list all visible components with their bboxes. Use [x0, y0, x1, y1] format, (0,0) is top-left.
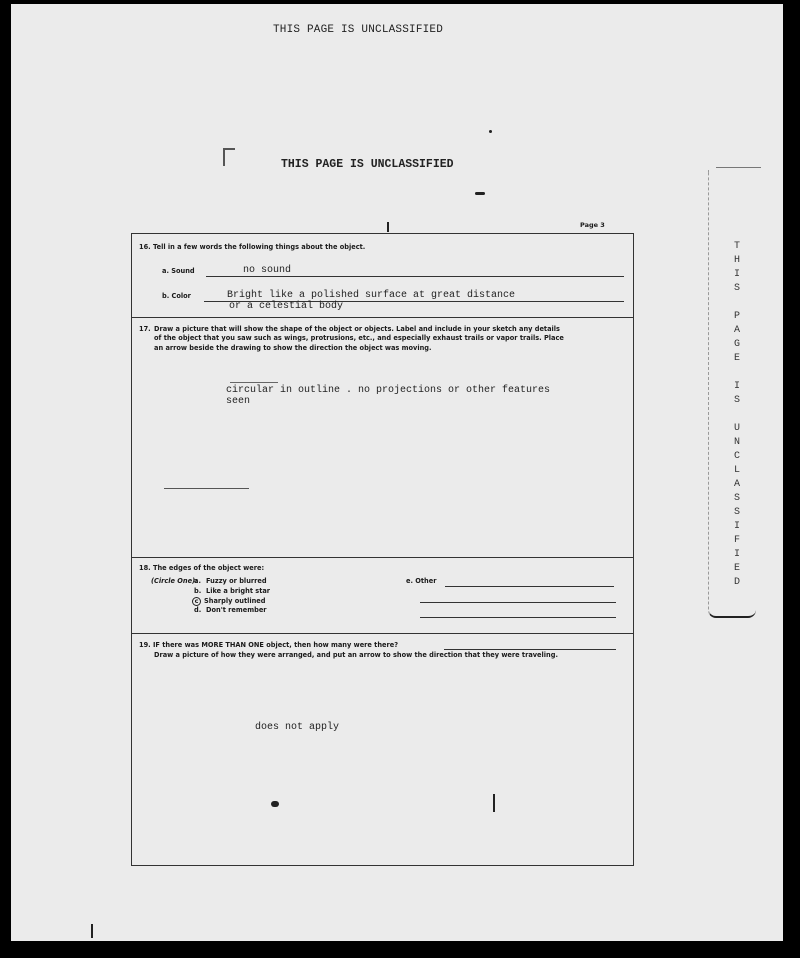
q18-other-line-2[interactable] [420, 602, 616, 603]
q16-prompt: 16. Tell in a few words the following th… [139, 243, 365, 252]
classification-header-middle: THIS PAGE IS UNCLASSIFIED [281, 158, 454, 171]
q17-answer-line2: seen [226, 396, 550, 407]
scan-artifact [271, 801, 279, 807]
document-page: THIS PAGE IS UNCLASSIFIED THIS PAGE IS U… [11, 4, 783, 941]
q16-color-label: b. Color [162, 292, 191, 301]
q19-prompt-line2: Draw a picture of how they were arranged… [154, 651, 558, 660]
divider-18-19 [132, 633, 633, 634]
scan-artifact [91, 924, 93, 938]
q18-option-c[interactable]: cSharply outlined [194, 597, 270, 607]
divider-17-18 [132, 557, 633, 558]
q17-prompt-line2: of the object that you saw such as wings… [154, 334, 632, 343]
q18-options: a.Fuzzy or blurred b.Like a bright star … [194, 577, 270, 616]
scan-artifact [475, 192, 485, 195]
q19-prompt-line1: 19. IF there was MORE THAN ONE object, t… [139, 641, 398, 650]
q17-answer-line1: circular in outline . no projections or … [226, 385, 550, 396]
q18-instruction: (Circle One): [151, 577, 198, 586]
scan-artifact [489, 130, 492, 133]
q18-prompt: 18. The edges of the object were: [139, 564, 264, 573]
form-box: 16. Tell in a few words the following th… [131, 233, 634, 866]
q16-sound-label: a. Sound [162, 267, 195, 276]
scan-artifact [223, 148, 235, 150]
q19-count-line[interactable] [444, 649, 616, 650]
q16-color-value[interactable]: Bright like a polished surface at great … [227, 290, 515, 312]
q18-other-line-3[interactable] [420, 617, 616, 618]
q17-number: 17. [139, 325, 151, 334]
q18-other-label: e. Other [406, 577, 436, 586]
q18-option-b[interactable]: b.Like a bright star [194, 587, 270, 597]
q17-prompt-line1: Draw a picture that will show the shape … [154, 325, 632, 334]
q16-sound-value[interactable]: no sound [243, 265, 291, 276]
q16-color-value-line2: or a celestial body [227, 301, 515, 312]
q18-other-line-1[interactable] [445, 586, 614, 587]
divider-16-17 [132, 317, 633, 318]
q17-prompt: Draw a picture that will show the shape … [154, 325, 632, 353]
q16-sound-line [206, 276, 624, 277]
classification-side-stamp: T H I S P A G E I S U N C L A S S I F I … [731, 240, 743, 590]
scan-artifact [223, 148, 225, 166]
scan-artifact [493, 794, 495, 812]
scan-artifact [387, 222, 389, 232]
scan-artifact [164, 488, 249, 489]
q18-option-a[interactable]: a.Fuzzy or blurred [194, 577, 270, 587]
q19-answer[interactable]: does not apply [255, 722, 339, 733]
q16-color-value-line1: Bright like a polished surface at great … [227, 290, 515, 301]
q17-answer[interactable]: circular in outline . no projections or … [226, 385, 550, 407]
page-number: Page 3 [580, 221, 605, 229]
bracket-top-mark [716, 167, 761, 168]
classification-header-top: THIS PAGE IS UNCLASSIFIED [273, 24, 443, 36]
circled-selection-icon: c [192, 597, 201, 606]
q18-option-d[interactable]: d.Don't remember [194, 606, 270, 616]
q17-prompt-line3: an arrow beside the drawing to show the … [154, 344, 632, 353]
q17-sketch-mark [230, 382, 278, 383]
